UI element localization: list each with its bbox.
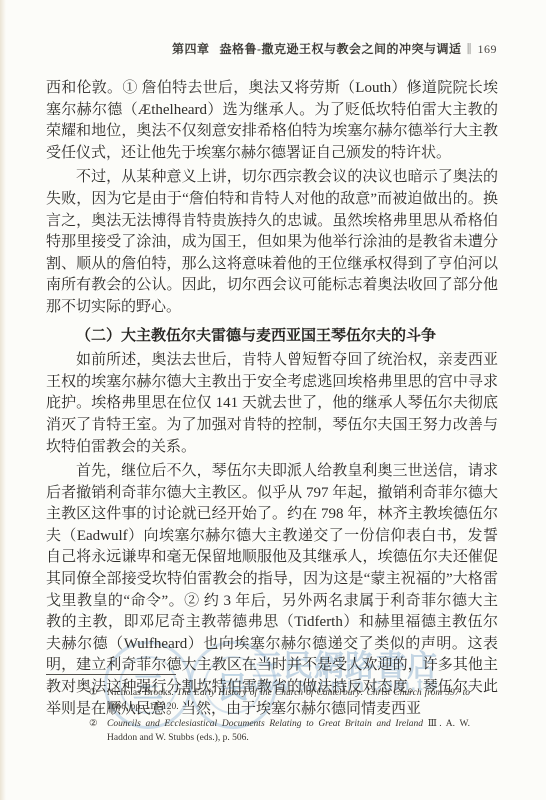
section-heading: （二）大主教伍尔夫雷德与麦西亚国王琴伍尔夫的斗争 — [46, 325, 498, 347]
body-text-column: 西和伦敦。① 詹伯特去世后，奥法又将劳斯（Louth）修道院院长埃塞尔赫尔德（Æ… — [46, 78, 498, 720]
paragraph: 首先，继位后不久，琴伍尔夫即派人给教皇利奥三世送信，请求后者撤销利奇菲尔德大主教… — [46, 461, 498, 720]
footnote-citation-author: Nicholas Brooks. — [107, 688, 177, 698]
paragraph-continuation: 西和伦敦。① 詹伯特去世后，奥法又将劳斯（Louth）修道院院长埃塞尔赫尔德（Æ… — [46, 78, 498, 164]
footnote: ② Councils and Ecclesiastical Documents … — [46, 717, 470, 745]
paragraph: 如前所述，奥法去世后，肯特人曾短暂夺回了统治权，亲麦西亚王权的埃塞尔赫尔德大主教… — [46, 350, 498, 458]
footnote-number: ② — [89, 717, 107, 745]
footnote-citation-pages: , pp. 118-120. — [126, 702, 179, 712]
footnote-number: ① — [89, 686, 107, 714]
footnotes-block: ① Nicholas Brooks. The Early History of … — [46, 686, 470, 748]
footnote: ① Nicholas Brooks. The Early History of … — [46, 686, 470, 714]
page-number: 169 — [478, 42, 498, 56]
page-edge-shadow — [0, 0, 6, 800]
footnote-divider — [46, 674, 176, 675]
running-header: 第四章盎格鲁-撒克逊王权与教会之间的冲突与调适∥169 — [172, 40, 497, 57]
footnote-text: Councils and Ecclesiastical Documents Re… — [107, 717, 470, 745]
book-page: 三 民 三民網路書店 www.sanmin.com.tw 第四章盎格鲁-撒克逊王… — [0, 0, 546, 800]
chapter-title: 盎格鲁-撒克逊王权与教会之间的冲突与调适 — [219, 42, 461, 56]
chapter-label: 第四章 — [172, 42, 210, 56]
footnote-citation-title: Councils and Ecclesiastical Documents Re… — [107, 719, 423, 729]
header-separator-icon: ∥ — [466, 42, 472, 56]
footnote-text: Nicholas Brooks. The Early History of th… — [107, 686, 470, 714]
paragraph: 不过，从某种意义上讲，切尔西宗教会议的决议也暗示了奥法的失败，因为它是由于“詹伯… — [46, 167, 498, 318]
